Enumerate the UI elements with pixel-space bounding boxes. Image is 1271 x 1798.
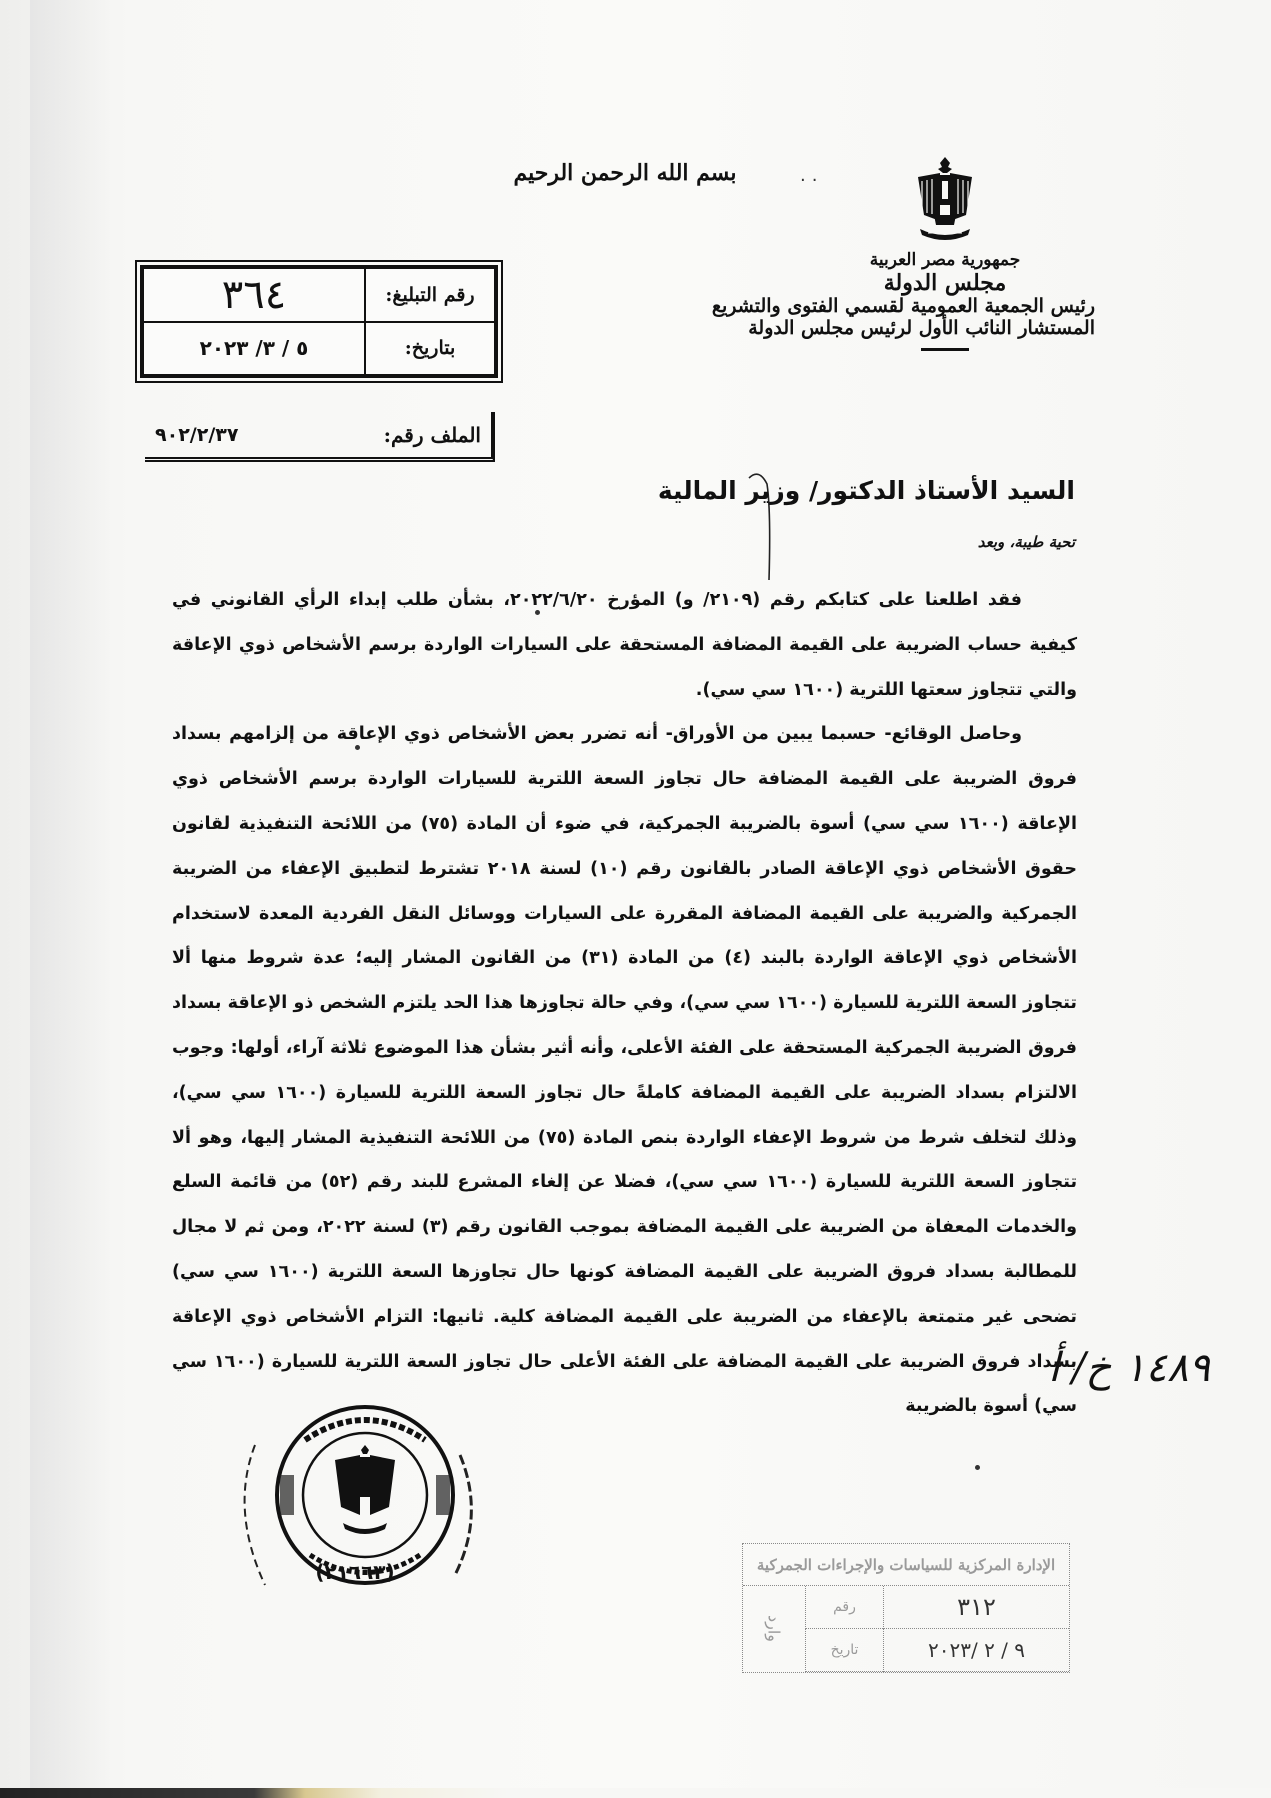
basmala: بسم الله الرحمن الرحيم <box>480 160 770 186</box>
letterhead-divider <box>921 348 969 351</box>
letterhead-assembly: رئيس الجمعية العمومية لقسمي الفتوى والتش… <box>795 296 1095 318</box>
received-number: ٣١٢ <box>957 1593 996 1621</box>
received-stamp: الإدارة المركزية للسياسات والإجراءات الج… <box>742 1543 1070 1673</box>
notification-date-cell: ٥ / ٣/ ٢٠٢٣ <box>143 322 365 376</box>
received-number-label-cell: رقم <box>805 1586 883 1629</box>
notification-number-label: رقم التبليغ: <box>385 284 474 306</box>
received-date-label: تاريخ <box>831 1642 859 1658</box>
notification-date-label-cell: بتاريخ: <box>365 322 495 376</box>
received-number-label: رقم <box>833 1599 856 1615</box>
received-side-label: وارد <box>743 1586 805 1672</box>
body-paragraph-1: فقد اطلعنا على كتابكم رقم (٢١٠٩/ و) المؤ… <box>172 578 1077 712</box>
scan-edge-shadow <box>30 0 110 1798</box>
eagle-of-saladin-icon <box>910 155 980 245</box>
ink-speck <box>535 610 540 615</box>
notification-number: ٣٦٤ <box>222 272 286 318</box>
seal-number: (٢١٦٦٣) <box>270 1560 440 1584</box>
letterhead-council: مجلس الدولة <box>795 271 1095 296</box>
file-number-box: الملف رقم: ٩٠٢/٢/٣٧ <box>145 412 495 462</box>
letterhead: جمهورية مصر العربية مجلس الدولة رئيس الج… <box>795 155 1095 351</box>
letterhead-deputy: المستشار النائب الأول لرئيس مجلس الدولة <box>795 318 1095 340</box>
received-date-label-cell: تاريخ <box>805 1629 883 1672</box>
ink-speck <box>355 745 360 750</box>
letter-body: فقد اطلعنا على كتابكم رقم (٢١٠٩/ و) المؤ… <box>172 578 1077 1429</box>
scan-bottom-edge <box>0 1788 1271 1798</box>
letterhead-country: جمهورية مصر العربية <box>795 251 1095 271</box>
received-number-cell: ٣١٢ <box>883 1586 1069 1629</box>
file-number: ٩٠٢/٢/٣٧ <box>155 424 238 446</box>
notification-box: رقم التبليغ: ٣٦٤ بتاريخ: ٥ / ٣/ ٢٠٢٣ <box>140 265 498 378</box>
received-date-cell: ٩ / ٢ /٢٠٢٣ <box>883 1629 1069 1672</box>
notification-number-cell: ٣٦٤ <box>143 268 365 322</box>
scanned-letter-page: بسم الله الرحمن الرحيم ·· جمهورية مصر ال… <box>0 0 1271 1798</box>
greeting: تحية طيبة، وبعد <box>780 533 1075 551</box>
notification-date-label: بتاريخ: <box>405 337 456 359</box>
body-paragraph-2: وحاصل الوقائع- حسبما يبين من الأوراق- أن… <box>172 712 1077 1429</box>
ink-speck <box>975 1465 980 1470</box>
handwritten-reference: ١٤٨٩ خ/ أ <box>960 1345 1210 1391</box>
received-date: ٩ / ٢ /٢٠٢٣ <box>928 1638 1025 1662</box>
council-seal-icon <box>235 1385 485 1635</box>
notification-date: ٥ / ٣/ ٢٠٢٣ <box>200 336 309 360</box>
received-stamp-title: الإدارة المركزية للسياسات والإجراءات الج… <box>743 1544 1069 1586</box>
addressee: السيد الأستاذ الدكتور/ وزير المالية <box>640 476 1075 505</box>
file-number-label: الملف رقم: <box>384 423 481 447</box>
notification-number-label-cell: رقم التبليغ: <box>365 268 495 322</box>
